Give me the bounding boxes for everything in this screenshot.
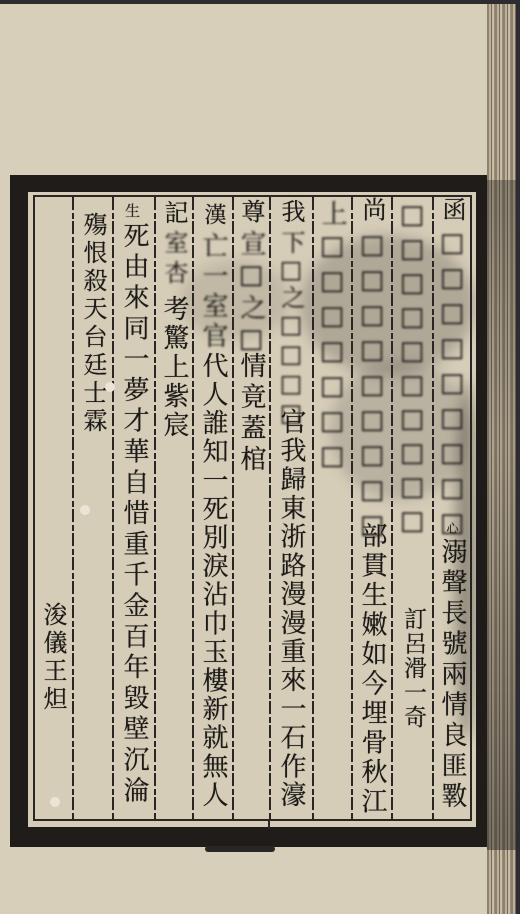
column-1-text: 溺聲長號兩情良匪斁 — [439, 538, 465, 813]
ink-smudge — [180, 260, 290, 340]
column-6-faded-text: 宣□之□ — [238, 230, 264, 358]
column-divider — [192, 197, 194, 819]
column-7-faded-text: 亡一室官 — [200, 232, 226, 352]
column-1-text: 函 — [440, 197, 464, 221]
binding-hole — [50, 797, 60, 807]
column-7-text: 漢 — [202, 203, 224, 225]
column-divider — [391, 197, 393, 819]
column-2-illegible-text: □□□□□□□□□□ — [399, 200, 425, 540]
binding-hole — [105, 382, 115, 392]
block-notch-mark — [268, 819, 270, 829]
column-3-illegible-text: □□□□□□□□□ — [359, 230, 385, 545]
column-5-faded-text: 下□之□□□□ — [279, 230, 303, 429]
column-3-text: 部貫生嫩如今埋骨秋江 — [359, 522, 385, 817]
ink-blot — [205, 846, 275, 852]
column-7-text: 代人誰知一死別淚沾巾玉樓新就無人 — [200, 352, 226, 810]
author-attribution: 浚儀王炟 — [41, 602, 65, 714]
column-divider — [232, 197, 234, 819]
column-divider — [72, 197, 74, 819]
column-5-text: 我 — [279, 199, 303, 223]
column-divider — [312, 197, 314, 819]
scan-top-edge — [0, 0, 520, 4]
column-4-illegible-text: 上□□□□□□□ — [319, 200, 345, 476]
column-divider — [154, 197, 156, 819]
page-stack-shadow — [487, 180, 516, 850]
scan-right-edge — [516, 0, 520, 914]
column-divider — [351, 197, 353, 819]
column-10-text: 殤恨殺天台廷士霖 — [81, 212, 105, 436]
column-1-illegible-text: □□□□□□□□□ — [439, 228, 465, 543]
column-3-text: 尚 — [360, 197, 384, 221]
column-1-annotation: 心 — [446, 522, 458, 534]
column-8-text: 記 — [162, 200, 186, 224]
column-9-text: 死由來同一夢才華自惜重千金百年毀壁沉淪 — [121, 222, 147, 807]
column-2-note-text: 訂呂滑一奇 — [401, 607, 424, 730]
column-divider — [112, 197, 114, 819]
column-divider — [269, 197, 271, 819]
column-9-small-char: 生 — [124, 203, 139, 218]
column-6-text: 情竟蓋棺 — [238, 352, 264, 476]
column-8-text: 考驚上紫宸 — [161, 295, 187, 440]
column-5-text: 官我歸東浙路漫漫重來一石作濠 — [278, 408, 304, 810]
column-divider — [432, 197, 434, 819]
binding-hole — [80, 505, 90, 515]
column-6-text: 尊 — [239, 199, 263, 223]
column-8-faded-text: 室杏 — [162, 230, 186, 290]
